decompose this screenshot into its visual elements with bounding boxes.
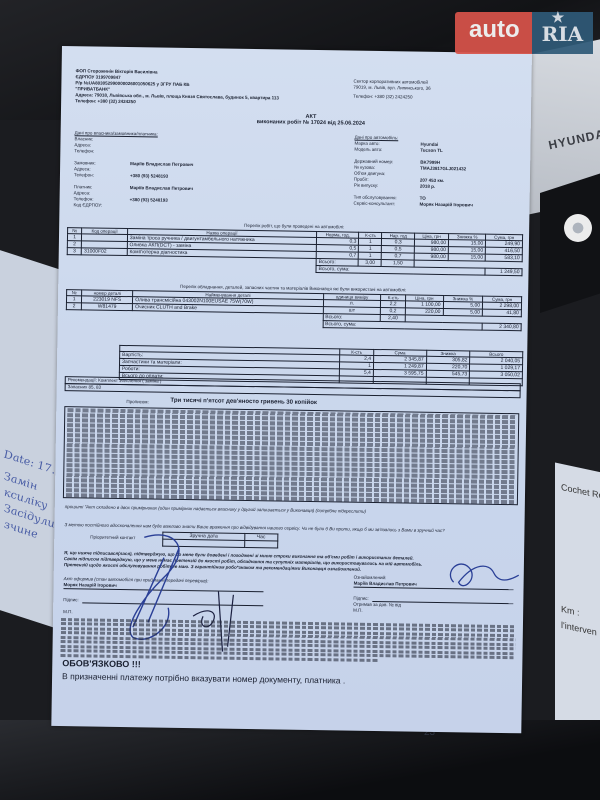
customer-signature [433, 552, 524, 603]
watermark-ria: ★ RIA [532, 12, 594, 54]
preferred-time-input[interactable] [244, 540, 277, 548]
executor-signature-label: Підпис: [63, 597, 78, 603]
right-paper-label: Cochet Rep [561, 482, 600, 502]
act-document: ФОП Сторожинін Вікторія Василівна ЄДРПОУ… [51, 46, 532, 733]
terms-text [63, 406, 519, 505]
vehicle-vin: TMAJ3817GLJ021432 [420, 166, 466, 173]
works-table: №Код операціїНазва операціїНорма, год.К-… [66, 227, 523, 276]
customer-name: Маріїв Владислав Петрович [130, 161, 193, 168]
agreement-note: прошиті "Акт складено в двох примірниках… [65, 504, 505, 517]
customer-phone: +380 (93) 5248193 [130, 173, 168, 180]
vehicle-section: Дані про автомобіль: Марка авто:Hyundai … [354, 135, 525, 210]
fine-print [60, 616, 516, 665]
payer-phone: +380 (93) 5248193 [130, 197, 168, 204]
field-label: Рік випуску: [354, 183, 420, 190]
field-label: Модель авто: [354, 147, 420, 154]
vehicle-year: 2018 р. [420, 184, 435, 190]
field-label: Код ЄДРПОУ: [73, 202, 129, 209]
contractor-block: ФОП Сторожинін Вікторія Василівна ЄДРПОУ… [75, 68, 336, 108]
customer-stamp: М.П. [353, 608, 513, 617]
mandatory-title: ОБОВ'ЯЗКОВО !!! [62, 658, 141, 669]
title-block: АКТ виконаних робіт № 17024 від 25.06.20… [211, 112, 411, 127]
total-sum: 2 340,80 [482, 323, 521, 331]
field-label: Телефон: [74, 148, 130, 155]
payer-name: Маріїв Владислав Петрович [130, 185, 193, 192]
star-icon: ★ [552, 10, 565, 26]
autoria-watermark: auto ★ RIA [455, 12, 593, 54]
payment-note: В призначенні платежу потрібно вказувати… [62, 671, 345, 685]
parts-table: №номер деталіНайменування деталіодиниця … [66, 289, 522, 331]
service-center-address: 79019, м. Львів, вул. Липинського, 36 [353, 85, 523, 94]
amount-in-words: Три тисячі п'ятсот дев'яносто гривень 30… [170, 398, 317, 406]
owner-section: Дані про власника/замовника/платника: Вл… [73, 130, 294, 211]
background-knob [564, 214, 592, 242]
service-center-phone: Телефон: +380 (32) 2424250 [353, 94, 523, 103]
total-sum-label: Всього, сума: [323, 321, 483, 331]
total-sum-label: Всього, сума: [316, 266, 485, 276]
table-cell: 31000F02 [82, 248, 127, 256]
background-right-paper: Cochet Rep Km : l'interven [555, 463, 600, 758]
service-consultant: Моряк Назарій Ігорович [420, 202, 473, 209]
right-paper-label: Km : [561, 604, 580, 618]
right-paper-label: l'interven [561, 620, 597, 638]
vehicle-model: Tucson TL [420, 148, 443, 154]
amount-in-words-label: Прописом: [126, 399, 148, 405]
total-sum: 1 249,50 [485, 268, 522, 276]
field-label: Сервіс-консультант: [354, 201, 420, 208]
field-label: Телефон: [74, 172, 130, 179]
watermark-auto: auto [455, 12, 532, 54]
service-center-block: Сектор корпоративних автомобілей 79019, … [353, 79, 523, 103]
